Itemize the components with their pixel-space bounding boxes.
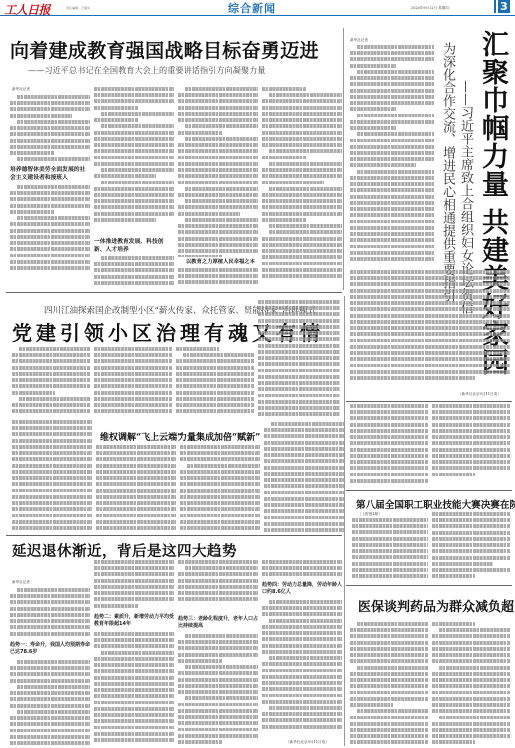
lead-body-col2 [94,87,174,237]
section-divider [346,401,512,402]
union-body-col1 [12,420,92,532]
lead-body-col2b [94,256,174,286]
lead-subtitle-2: 一体推进教育发展、科技创新、人才培养 [94,238,174,254]
section-title: 综合新闻 [228,0,276,16]
union-body-col3 [180,445,260,533]
women-end-note: （新华社北京9月11日电） [458,392,501,397]
medical-body-col1 [350,622,428,746]
medical-headline[interactable]: 医保谈判药品为群众减负超7000亿元 [358,596,515,615]
page-number-badge: 3 [496,0,510,13]
retirement-body-col1b [10,660,90,746]
retirement-trend-2: 趋势二：素质升，新增劳动力平均受教育年限超14年 [94,614,174,628]
retirement-body-col3b [178,634,258,746]
editor-credit: 责任编辑：王瑞华 [66,6,90,10]
retirement-trend-3: 趋势三：老龄化程度升，老年人口占比持续提高 [178,616,258,630]
masthead-divider [0,15,515,16]
women-byline: 新华社记者 [350,38,368,43]
section-divider [346,585,512,586]
retirement-body-col4b [262,600,342,740]
women-body-top [350,45,434,270]
lead-body-col4 [262,87,342,287]
medical-body-col2 [432,622,510,746]
retirement-headline[interactable]: 延迟退休渐近，背后是这四大趋势 [12,540,237,561]
retirement-trend-4: 趋势四：劳动力总量降，劳动年龄人口约8.6亿人 [262,582,342,596]
lead-subtitle-3: 以教育之力厚植人民幸福之本 [186,258,266,266]
lead-headline[interactable]: 向着建成教育强国战略目标奋勇迈进 [10,36,319,63]
union-headline-left[interactable]: 维权调解“飞上云端” [100,430,182,443]
retirement-end-note: （新华社北京9月11日电） [286,740,329,745]
lead-body-col3 [178,87,258,257]
study-body-col2 [432,404,510,486]
union-headline-right[interactable]: 力量集成加倍“赋新” [178,430,260,443]
community-body-col3 [176,347,254,417]
skills-body-col1 [352,518,428,580]
community-body-col4 [258,300,340,420]
lead-body-col1 [10,95,90,165]
retirement-trend-1: 趋势一：寿命升，我国人均预期寿命已达78.6岁 [10,642,90,656]
column-divider [344,296,345,746]
masthead: 工人日报 责任编辑：王瑞华 综合新闻 2024年9月12日 星期四 3 [0,0,515,14]
lead-subtitle-1: 培养德智体美劳全面发展的社会主义建设者和接班人 [10,166,90,182]
section-divider [6,535,342,536]
community-body-col1 [12,347,90,417]
retirement-body-col4 [262,560,342,578]
lead-byline: 新华社记者 [12,87,30,92]
column-divider [343,28,344,290]
skills-byline: （上报报1版） [358,512,382,517]
retirement-body-col3 [178,560,258,618]
section-divider [346,490,512,491]
retirement-body-col2 [94,560,174,615]
retirement-body-col1 [10,588,90,638]
retirement-byline: 新华社记者 [12,580,30,585]
issue-date: 2024年9月12日 星期四 [411,6,449,11]
section-divider [6,292,342,293]
women-body-bottom [350,270,510,390]
union-body-col4 [264,422,344,534]
lead-subhead: ——习近平总书记在全国教育大会上的重要讲话指引方向凝聚力量 [28,65,265,76]
union-body-col2 [96,445,176,533]
retirement-body-col2b [94,632,174,746]
skills-headline[interactable]: 第八届全国职工职业技能大赛决赛在陕西开幕 [356,497,515,511]
lead-body-col3b [178,268,258,288]
study-body-col1 [350,404,428,486]
lead-body-col1b [10,185,90,270]
women-subhead-2: 为深化合作交流、增进民心相通提供重要指引 [438,42,457,302]
skills-body-col2 [432,512,510,580]
community-body-col2 [94,347,172,417]
